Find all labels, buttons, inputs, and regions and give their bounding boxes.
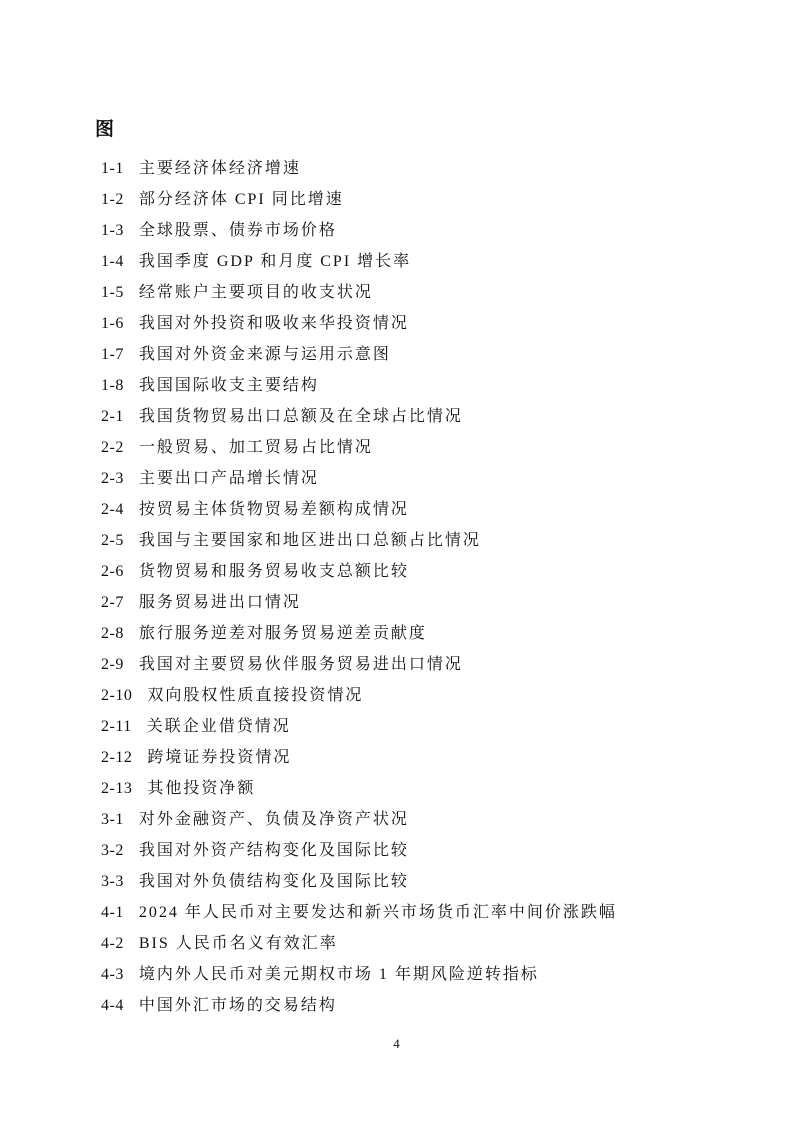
figure-list-item: 3-3我国对外负债结构变化及国际比较 [101, 866, 733, 897]
figure-number: 1-5 [101, 277, 124, 308]
figure-number: 1-3 [101, 215, 124, 246]
figure-number: 2-1 [101, 401, 124, 432]
figure-title: BIS 人民币名义有效汇率 [139, 928, 338, 959]
figure-title: 我国对主要贸易伙伴服务贸易进出口情况 [139, 649, 463, 680]
figure-list-item: 2-4按贸易主体货物贸易差额构成情况 [101, 494, 733, 525]
figure-title: 我国国际收支主要结构 [139, 370, 319, 401]
figure-title: 关联企业借贷情况 [147, 711, 291, 742]
figure-number: 2-6 [101, 556, 124, 587]
document-page: 图 1-1主要经济体经济增速1-2部分经济体 CPI 同比增速1-3全球股票、债… [0, 0, 793, 1121]
figure-title: 经常账户主要项目的收支状况 [139, 277, 373, 308]
figure-number: 4-1 [101, 897, 124, 928]
figure-list-item: 1-1主要经济体经济增速 [101, 153, 733, 184]
figure-list-item: 1-8我国国际收支主要结构 [101, 370, 733, 401]
figure-number: 1-1 [101, 153, 124, 184]
figure-list-item: 3-2我国对外资产结构变化及国际比较 [101, 835, 733, 866]
figure-title: 服务贸易进出口情况 [139, 587, 301, 618]
figure-number: 2-11 [101, 711, 132, 742]
figure-number: 2-7 [101, 587, 124, 618]
figure-list-item: 2-2一般贸易、加工贸易占比情况 [101, 432, 733, 463]
figure-list-item: 2-7服务贸易进出口情况 [101, 587, 733, 618]
figure-number: 2-5 [101, 525, 124, 556]
figure-list-item: 2-13其他投资净额 [101, 773, 733, 804]
figures-section-heading: 图 [95, 116, 115, 144]
figure-number: 2-9 [101, 649, 124, 680]
figure-title: 跨境证券投资情况 [147, 742, 291, 773]
figure-title: 对外金融资产、负债及净资产状况 [139, 804, 409, 835]
figure-title: 中国外汇市场的交易结构 [139, 990, 337, 1021]
figure-title: 我国与主要国家和地区进出口总额占比情况 [139, 525, 481, 556]
figure-title: 全球股票、债券市场价格 [139, 215, 337, 246]
figure-number: 4-2 [101, 928, 124, 959]
figure-list-item: 4-4中国外汇市场的交易结构 [101, 990, 733, 1021]
figure-number: 1-6 [101, 308, 124, 339]
figure-number: 1-8 [101, 370, 124, 401]
figure-list-item: 1-7我国对外资金来源与运用示意图 [101, 339, 733, 370]
figure-number: 2-8 [101, 618, 124, 649]
figure-number: 1-7 [101, 339, 124, 370]
figure-title: 主要经济体经济增速 [139, 153, 301, 184]
figure-title: 我国对外负债结构变化及国际比较 [139, 866, 409, 897]
figure-title: 我国对外投资和吸收来华投资情况 [139, 308, 409, 339]
figure-number: 4-4 [101, 990, 124, 1021]
figure-list: 1-1主要经济体经济增速1-2部分经济体 CPI 同比增速1-3全球股票、债券市… [101, 153, 733, 1021]
figure-title: 境内外人民币对美元期权市场 1 年期风险逆转指标 [139, 959, 539, 990]
figure-list-item: 1-2部分经济体 CPI 同比增速 [101, 184, 733, 215]
figure-number: 3-1 [101, 804, 124, 835]
figure-number: 3-3 [101, 866, 124, 897]
figure-title: 2024 年人民币对主要发达和新兴市场货币汇率中间价涨跌幅 [139, 897, 617, 928]
figure-title: 一般贸易、加工贸易占比情况 [139, 432, 373, 463]
figure-list-item: 2-12跨境证券投资情况 [101, 742, 733, 773]
figure-title: 我国对外资金来源与运用示意图 [139, 339, 391, 370]
figure-list-item: 2-1我国货物贸易出口总额及在全球占比情况 [101, 401, 733, 432]
page-number: 4 [0, 1036, 793, 1052]
figure-number: 3-2 [101, 835, 124, 866]
figure-list-item: 2-10双向股权性质直接投资情况 [101, 680, 733, 711]
figure-title: 其他投资净额 [147, 773, 255, 804]
figure-list-item: 4-2BIS 人民币名义有效汇率 [101, 928, 733, 959]
figure-list-item: 4-12024 年人民币对主要发达和新兴市场货币汇率中间价涨跌幅 [101, 897, 733, 928]
figure-list-item: 1-6我国对外投资和吸收来华投资情况 [101, 308, 733, 339]
figure-title: 我国季度 GDP 和月度 CPI 增长率 [139, 246, 411, 277]
figure-list-item: 1-4我国季度 GDP 和月度 CPI 增长率 [101, 246, 733, 277]
figure-list-item: 3-1对外金融资产、负债及净资产状况 [101, 804, 733, 835]
figure-title: 货物贸易和服务贸易收支总额比较 [139, 556, 409, 587]
figure-title: 双向股权性质直接投资情况 [147, 680, 363, 711]
figure-title: 我国货物贸易出口总额及在全球占比情况 [139, 401, 463, 432]
figure-title: 我国对外资产结构变化及国际比较 [139, 835, 409, 866]
figure-title: 主要出口产品增长情况 [139, 463, 319, 494]
figure-list-item: 2-9我国对主要贸易伙伴服务贸易进出口情况 [101, 649, 733, 680]
figure-list-item: 1-3全球股票、债券市场价格 [101, 215, 733, 246]
figure-number: 1-4 [101, 246, 124, 277]
figure-list-item: 4-3境内外人民币对美元期权市场 1 年期风险逆转指标 [101, 959, 733, 990]
figure-number: 2-2 [101, 432, 124, 463]
figure-list-item: 2-11关联企业借贷情况 [101, 711, 733, 742]
figure-number: 2-12 [101, 742, 132, 773]
figure-number: 1-2 [101, 184, 124, 215]
figure-number: 2-10 [101, 680, 132, 711]
figure-number: 2-13 [101, 773, 132, 804]
figure-list-item: 1-5经常账户主要项目的收支状况 [101, 277, 733, 308]
figure-number: 4-3 [101, 959, 124, 990]
figure-title: 旅行服务逆差对服务贸易逆差贡献度 [139, 618, 427, 649]
figure-list-item: 2-3主要出口产品增长情况 [101, 463, 733, 494]
figure-number: 2-3 [101, 463, 124, 494]
figure-list-item: 2-8旅行服务逆差对服务贸易逆差贡献度 [101, 618, 733, 649]
figure-number: 2-4 [101, 494, 124, 525]
figure-title: 部分经济体 CPI 同比增速 [139, 184, 344, 215]
figure-list-item: 2-5我国与主要国家和地区进出口总额占比情况 [101, 525, 733, 556]
figure-title: 按贸易主体货物贸易差额构成情况 [139, 494, 409, 525]
figure-list-item: 2-6货物贸易和服务贸易收支总额比较 [101, 556, 733, 587]
